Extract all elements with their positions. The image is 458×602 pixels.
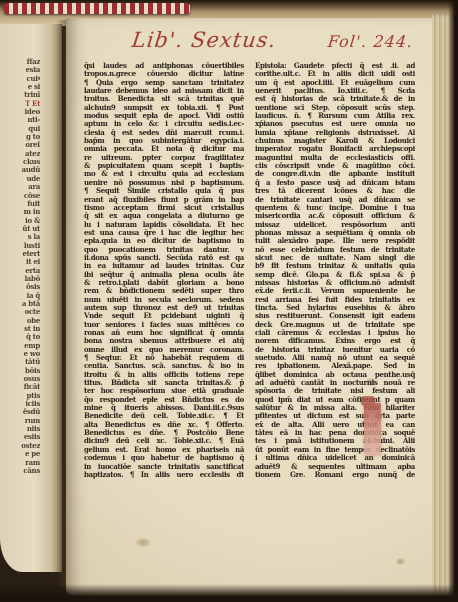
text-line: it ei [2,258,40,266]
text-line: q̄o respondet epłe est Bn̄dictus es do [84,396,244,404]
text-line: quo puocationem trinitas dantur. v [84,246,244,254]
text-line: ¶ Quia ergo semp sanctam trinitatez [84,79,244,87]
text-line: ūt ut [2,225,40,233]
text-line: tes i pmā istitutionem alcbuini. Alii [255,437,415,445]
text-line: ¶ Sequit Simile cristallo quia q̄ pus [84,187,244,195]
text-line: s la [2,233,40,241]
text-line: st in [2,325,40,333]
text-line: autem sup thronoz est de9 ut trinitas [84,304,244,312]
text-line: ad aduētū cantāt in nocturnis nouā re [255,379,415,387]
text-line: io & [2,217,40,225]
text-line: tropos.n.grece cōuersio dicitur latine [84,70,244,78]
text-line: laudicus. n̄. ¶ Rursum cum Atilia rex. [255,112,415,120]
text-line: rum [2,417,40,425]
red-bookmark-tab [364,403,381,456]
text-line: aptum in celo &c i circuitu sedis.i.ec- [84,120,244,128]
text-line: tionem Gre. Romani ergo nunq̄ de [255,471,415,479]
text-line: missaz uidelicet. respōsorium anti [255,221,415,229]
text-line: ude [2,175,40,183]
text-line: ii.dona spūs sancti. Secūda ratō est qa [84,254,244,262]
text-line: tres tā dicerent lcōnes & hac die [255,187,415,195]
facing-page-edge: ffazesiacuiꝰe sitrinīT Etideonti-quig to… [0,24,62,572]
text-line: fuit [2,200,40,208]
text-line: ōsis [2,283,40,291]
text-line: norem dificamus. Exins ergo est q̄ [255,337,415,345]
text-line: tulit alexādro pape. Ille uero respōdit [255,237,415,245]
text-line: ideo [2,108,40,116]
book-photo: ffazesiacuiꝰe sitrinīT Etideonti-quig to… [0,0,458,602]
running-title: Lib'. Sextus. [131,28,278,52]
text-line: ptis [2,392,40,400]
text-line: tismo acceptam firmi sicut cristallus [84,204,244,212]
text-line: ex̄ de alta. Alii uero utunt̄ ea can [255,421,415,429]
text-line: de historia trinitaz iuenitur uaria cō [255,346,415,354]
folio-number: Fol'. 244. [327,32,414,51]
text-line: ter hoc respōsorium siue etiā graduale [84,387,244,395]
text-line: uenerit paclitus. Io.xiiii.c. ¶ Scd̄a [255,87,415,95]
red-bookmark-tab-top [361,396,375,406]
text-line: titus. Bn̄dicta sit sancta trinitas.& p̄ [84,379,244,387]
text-line: res ipbationem. Alexā.pape. Sed in [255,362,415,370]
text-line: bona nostra sbemus attribuere ei atq̄ [84,337,244,345]
text-line: corithe.ult.c. Et in aliis dicit uidi os… [255,70,415,78]
text-line: mine q̄ itueris abissos. Dani.iii.c.9sus [84,404,244,412]
text-line: mo & est i circuitu quia ad ecclesiam [84,170,244,178]
text-line: ffaz [2,58,40,66]
text-line: epła.quia in eo dicitur de baptismo in [84,237,244,245]
text-line: dicim9 deū celi xc. Tobie.xii.c. ¶ Euā [84,437,244,445]
text-line: chuinus magister Karoli & Lodouici [255,137,415,145]
text-line: in ea iuitamur ad laudes trinitas. Cuz [84,262,244,270]
text-line: omnia peccata. Et nota q̄ dicitur ma [84,145,244,153]
text-column-right: Epistola: Gaudete pfecti q̄ est .ii. adc… [255,62,415,512]
text-line: centia. Sanctus. scā. sanctus. & iso in [84,362,244,370]
text-line: cuiꝰ [2,75,40,83]
text-line: uentione scī Step. cōposuit scūs step. [255,104,415,112]
text-line: qui [2,125,40,133]
text-line: ¶ Seqtur. Et nō habebāt requiem di [84,354,244,362]
text-line: num uiuēti in secula seclorum. sedens [84,296,244,304]
text-line: quod ipm̄ diat ut eam cōfiteant p quam [255,396,415,404]
text-line: ex̄.de ferii.c.ii. Verum supueniente he [255,287,415,295]
text-line: modus sequit epła de apocł. Vidi ostiū [84,112,244,120]
text-line: quentem & tunc incipe. Domine i tua [255,204,415,212]
text-line: e si [2,83,40,91]
text-line: semp dicē. Glo.pa & fi.& spi.sa & p̄ [255,271,415,279]
text-line: laudare debemus ideo ad missam dicit in [84,87,244,95]
text-line: atez [2,150,40,158]
text-line: ara [2,183,40,191]
text-line: est una causa q̄re i hac die legitur hec [84,229,244,237]
text-line: de trinitate cantari usq̄ ad dn̄icam se [255,196,415,204]
text-line: ciis cōscripsit vnde & magūtino cōci. [255,162,415,170]
text-line: sius restituerunt. Consensit igit̄ eadem [255,312,415,320]
text-line: erta [2,267,40,275]
text-line: octe [2,308,40,316]
text-line: nti- [2,116,40,124]
text-line: Vnde sequit Et pcidebant uiginti q̄ [84,312,244,320]
text-line: bōis [2,367,40,375]
text-line: tātes eā in hac pena dominica soquē [255,429,415,437]
text-line: phonas missaz a sequētiam q̄ omnia ob [255,229,415,237]
text-line: codemus i quo habetur de baptismo q̄ [84,454,244,462]
text-line: Epistola: Gaudete pfecti q̄ est .ii. ad [255,62,415,70]
text-line: est q̄ historias de scā trinitate.& de i… [255,95,415,103]
text-line: q̄ to [2,333,40,341]
running-header: Lib'. Sextus. Fol'. 244. [66,26,426,60]
text-line: resi arriana feś fuit fides trinitatis e… [255,296,415,304]
text-line: lusti [2,242,40,250]
text-line: ficāt [2,383,40,391]
text-line: aduēt9 & sequentes ultimam apba [255,463,415,471]
text-line: & pspicuitatem quam scepit i baptis- [84,162,244,170]
text-line: q̄ a festo pasce usq̄ ad dn̄icam istam [255,179,415,187]
text-line: itroitu & in aliis officiis totiens repe [84,371,244,379]
background-bottom [0,584,458,602]
text-column-left: q̄si laudes ad antiphonas cōuertibilestr… [84,62,244,512]
text-line: de congre.di.v.in die apbante instituit [255,170,415,178]
text-line: pfitentes ut dictum est sub q̄rta parte [255,412,415,420]
text-line: Benedicite deū celi. Tobie.xii.c. ¶ Et [84,412,244,420]
text-line: trinī [2,91,40,99]
text-line: troitus. Benedicta sit scā trinitas quē [84,95,244,103]
text-line: oreſ [2,141,40,149]
endband-striped [4,3,190,14]
text-line: emp [2,342,40,350]
text-line: i ultima dn̄ica uidelicet an̄ dominicā [255,454,415,462]
text-line: erant aq̄ fluxibiles fiunt p grām in bap [84,196,244,204]
text-line: bap̄m in quo subintergātur egypcia.i. [84,137,244,145]
text-line: q̄libet dominica ab octaua penthe.usq̄ [255,371,415,379]
text-line: ia q̄ [2,292,40,300]
text-line: gelium est. Erat homo ex phariseis nā [84,446,244,454]
text-line: omne illud ex quo meremur coronam. [84,346,244,354]
text-line: maguntini multa de ecclesiasticis offi. [255,154,415,162]
text-line: esiis [2,433,40,441]
text-line: misericordia ac.& cōposuit officium & [255,212,415,220]
text-line: ronas an̄ eum hoc significat q̄ omnia [84,329,244,337]
text-line: sicut nec de unitate. Nam singł die [255,254,415,262]
text-line: a btā [2,300,40,308]
text-line: deck Gre.magnus ut de trinitate spe [255,321,415,329]
text-line: Benedictus es dn̄e. ¶ Postcōio Bene [84,429,244,437]
text-line: clesia q̄ est sedes dn̄i marcuit rcum.i. [84,129,244,137]
text-line: q̄si laudes ad antiphonas cōuertibiles [84,62,244,70]
text-line: alchuin9 sumpsit ex tobia.xii. ¶ Post [84,104,244,112]
text-line: tincta. Sed hylarius eusebius & ābro [255,304,415,312]
text-line: lumia xp̄iane religionis dstruxisset. Al [255,129,415,137]
text-line: cāns [2,467,40,475]
text-line: cōse [2,192,40,200]
text-line: esia [2,66,40,74]
text-line: iciis [2,400,40,408]
text-line: ram [2,459,40,467]
background-right [448,0,458,602]
text-line: g to [2,133,40,141]
text-line: uenire nō possumus nisi p baptismum. [84,179,244,187]
text-line: salūtur & in missa alta. eam hilariter [255,404,415,412]
text-line: b9 fit festum trinitaz & unitatis quia [255,262,415,270]
text-line: imperatoz rogatu Bonifacii archiepscopi [255,145,415,153]
text-line: re uitreum. ppter corpoz fragilitatez [84,154,244,162]
text-line: spōsoria de trinitate nisi festum ali [255,387,415,395]
text-line: ūt ponūt eam in fine tempoz declinatōis [255,446,415,454]
text-line: obe [2,317,40,325]
text-line: ckus [2,158,40,166]
text-line: suetudo. Alii namq̄ nō utunt ea sequē [255,354,415,362]
text-line: m in [2,208,40,216]
text-line: ēsdū [2,408,40,416]
text-line: tuor seniores i facies suas mittēces co [84,321,244,329]
text-line: nō esse celebrādum festum de trinitate [255,246,415,254]
text-line: alta Benedictus es dn̄e xc. ¶ Offerto. [84,421,244,429]
text-line: ostez [2,442,40,450]
text-line: osus [2,375,40,383]
facing-page-text-fragments: ffazesiacuiꝰe sitrinīT Etideonti-quig to… [2,58,40,475]
text-line: lu i naturam lapidis cōsolidata. Et hec [84,221,244,229]
text-line: missas historias & officium.nō admisit [255,279,415,287]
text-line: um q̄ est apocł.iiii. Et euāgelium cum [255,79,415,87]
text-line: niis [2,425,40,433]
text-line: labō [2,275,40,283]
text-line: e wo [2,350,40,358]
text-line: ciali cāremus & ecclesias i ipsius ho [255,329,415,337]
text-line: rem & bn̄dictionem sedēti super thro [84,287,244,295]
text-line: e pe [2,450,40,458]
text-line: audū [2,166,40,174]
text-line: tātū [2,358,40,366]
text-line: T Et [2,100,40,108]
text-line: etert [2,250,40,258]
text-line: baptizatos. ¶ In aliis uero ecclesiis dt… [84,471,244,479]
text-line: xp̄ianos psecutus est uere omnia uo [255,120,415,128]
text-line: in iuocatiōe sancte trinitatis sanctific… [84,463,244,471]
text-line: & retro.i.plati dabūt gloriam a bono [84,279,244,287]
text-line: ibi seq̄tur q̄ animalia plena oculis āte [84,271,244,279]
text-line: q̄ sit ex aqua congelata a diuturno ge [84,212,244,220]
